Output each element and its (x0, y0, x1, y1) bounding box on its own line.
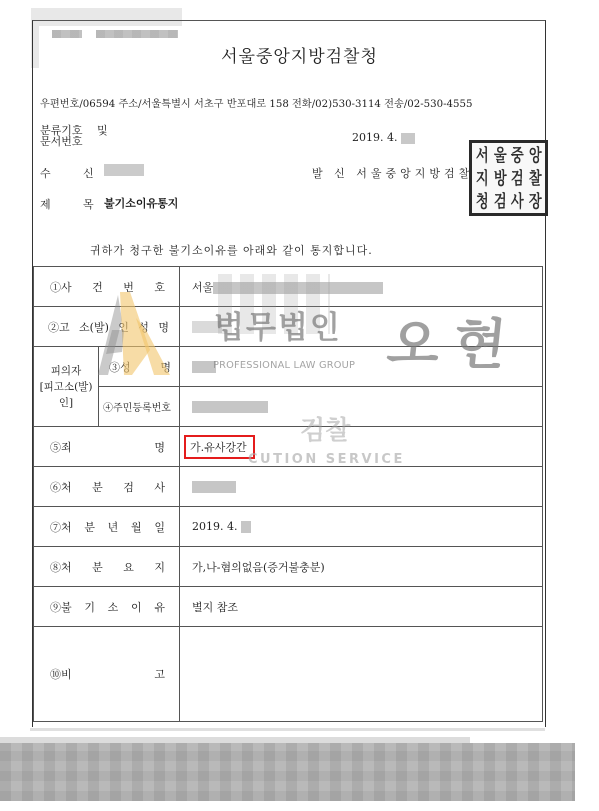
label-part: 분 (92, 559, 103, 575)
redacted-footer (0, 743, 575, 801)
label-part: 번 (123, 279, 134, 295)
redacted-prosecutor (192, 481, 236, 493)
label-part: 명 (160, 359, 171, 375)
case-number-text: 서울 (192, 281, 213, 294)
subject-label-char: 제 (40, 196, 83, 212)
disposition-summary-value: 가,나-혐의없음(증거불충분) (180, 547, 543, 587)
seal-char: 장 (528, 191, 541, 213)
notice-text: 귀하가 청구한 불기소이유를 아래와 같이 통지합니다. (90, 242, 373, 258)
case-number-label: ①사건번호 (34, 267, 180, 307)
charge-highlight-box: 가.유사강간 (184, 435, 255, 459)
label-part: 성 (138, 319, 149, 335)
label-part: ⑨불 (50, 599, 72, 615)
label-part: ⑥처 (50, 479, 72, 495)
seal-char: 사 (511, 191, 524, 213)
redacted-case-number (213, 282, 383, 294)
seal-char: 울 (493, 145, 506, 167)
seal-char: 지 (476, 168, 489, 190)
recipient-label-char: 수 (40, 165, 83, 181)
seal-char: 검 (511, 168, 524, 190)
seal-char: 찰 (528, 168, 541, 190)
label-part: 건 (92, 279, 103, 295)
label-part: 호 (154, 279, 165, 295)
label-part: 월 (131, 519, 142, 535)
label-part: 사 (154, 479, 165, 495)
label-part: ①사 (50, 279, 72, 295)
table-row: ⑩비고 (34, 627, 543, 722)
official-seal: 서 울 중 앙 지 방 검 찰 청 검 사 장 (469, 140, 548, 216)
seal-char: 검 (493, 191, 506, 213)
remarks-value (180, 627, 543, 722)
table-row: ④주민등록번호 (34, 387, 543, 427)
disposition-summary-label: ⑧처분요지 (34, 547, 180, 587)
label-part: 명 (154, 439, 165, 455)
table-row: ⑤죄명 가.유사강간 (34, 427, 543, 467)
charge-value: 가.유사강간 (180, 427, 543, 467)
label-part: ⑧처 (50, 559, 72, 575)
label-part: ②고 (48, 319, 70, 335)
label-part: 분 (92, 479, 103, 495)
label-part: 이 (131, 599, 142, 615)
redacted-id-number (192, 401, 268, 413)
page-shadow (30, 728, 545, 731)
label-part: 지 (154, 559, 165, 575)
doc-number-label: 분류기호 문서번호 및 (40, 125, 83, 147)
document-date-text: 2019. 4. (352, 131, 397, 144)
redacted-suspect-name (192, 361, 216, 373)
table-row: ⑨불기소이유 별지 참조 (34, 587, 543, 627)
prosecutor-label: ⑥처분검사 (34, 467, 180, 507)
suspect-group-label: 피의자[피고소(발)인] (34, 347, 99, 427)
label-part: 소(발) (79, 319, 109, 335)
non-prosecution-reason-value: 별지 참조 (180, 587, 543, 627)
label-part: ⑩비 (50, 666, 72, 682)
suspect-name-value (180, 347, 543, 387)
suspect-name-label: ③성명 (99, 347, 180, 387)
label-part: 검 (123, 479, 134, 495)
seal-char: 서 (476, 145, 489, 167)
label-part: ⑤죄 (50, 439, 72, 455)
prosecutor-value (180, 467, 543, 507)
agency-title: 서울중앙지방검찰청 (0, 42, 599, 67)
agency-address-line: 우편번호/06594 주소/서울특별시 서초구 반포대로 158 전화/02)5… (40, 95, 472, 110)
suspect-group-label-line2: [피고소(발)인] (34, 379, 98, 411)
suspect-id-number-label: ④주민등록번호 (99, 387, 180, 427)
charge-text: 가.유사강간 (190, 441, 247, 454)
doc-number-and: 및 (97, 125, 108, 136)
subject-value: 불기소이유통지 (104, 195, 178, 211)
label-part: 기 (84, 599, 95, 615)
table-row: ⑥처분검사 (34, 467, 543, 507)
table-row: ②고소(발)인성명 (34, 307, 543, 347)
label-part: ③성 (109, 359, 131, 375)
label-part: 유 (154, 599, 165, 615)
disposition-date-text: 2019. 4. (192, 520, 237, 533)
redacted-complainant (192, 321, 222, 333)
complainant-name-label: ②고소(발)인성명 (34, 307, 180, 347)
non-prosecution-reason-label: ⑨불기소이유 (34, 587, 180, 627)
doc-number-label-line2: 문서번호 (40, 136, 83, 147)
label-part: 분 (84, 519, 95, 535)
seal-char: 청 (476, 191, 489, 213)
label-part: 인 (118, 319, 129, 335)
label-part: 요 (123, 559, 134, 575)
label-part: 일 (154, 519, 165, 535)
redacted-recipient (104, 164, 144, 176)
redacted-day (241, 521, 251, 533)
suspect-group-label-line1: 피의자 (34, 363, 98, 379)
label-part: ⑦처 (50, 519, 72, 535)
table-row: ①사건번호 서울 (34, 267, 543, 307)
seal-char: 중 (511, 145, 524, 167)
redacted-day (401, 133, 415, 144)
table-row: ⑧처분요지 가,나-혐의없음(증거불충분) (34, 547, 543, 587)
table-row: 피의자[피고소(발)인] ③성명 (34, 347, 543, 387)
seal-char: 앙 (528, 145, 541, 167)
label-part: 소 (108, 599, 119, 615)
label-part: ④주민등록번호 (103, 399, 171, 414)
label-part: 년 (108, 519, 119, 535)
document-date: 2019. 4. (352, 131, 415, 144)
disposition-date-value: 2019. 4. (180, 507, 543, 547)
disposition-date-label: ⑦처분년월일 (34, 507, 180, 547)
complainant-name-value (180, 307, 543, 347)
disposition-form-table: ①사건번호 서울 ②고소(발)인성명 피의자[피고소(발)인] ③성명 ④주민등… (33, 266, 543, 722)
table-row: ⑦처분년월일 2019. 4. (34, 507, 543, 547)
suspect-id-number-value (180, 387, 543, 427)
case-number-value: 서울 (180, 267, 543, 307)
label-part: 고 (154, 666, 165, 682)
remarks-label: ⑩비고 (34, 627, 180, 722)
charge-label: ⑤죄명 (34, 427, 180, 467)
seal-char: 방 (493, 168, 506, 190)
label-part: 명 (158, 319, 169, 335)
